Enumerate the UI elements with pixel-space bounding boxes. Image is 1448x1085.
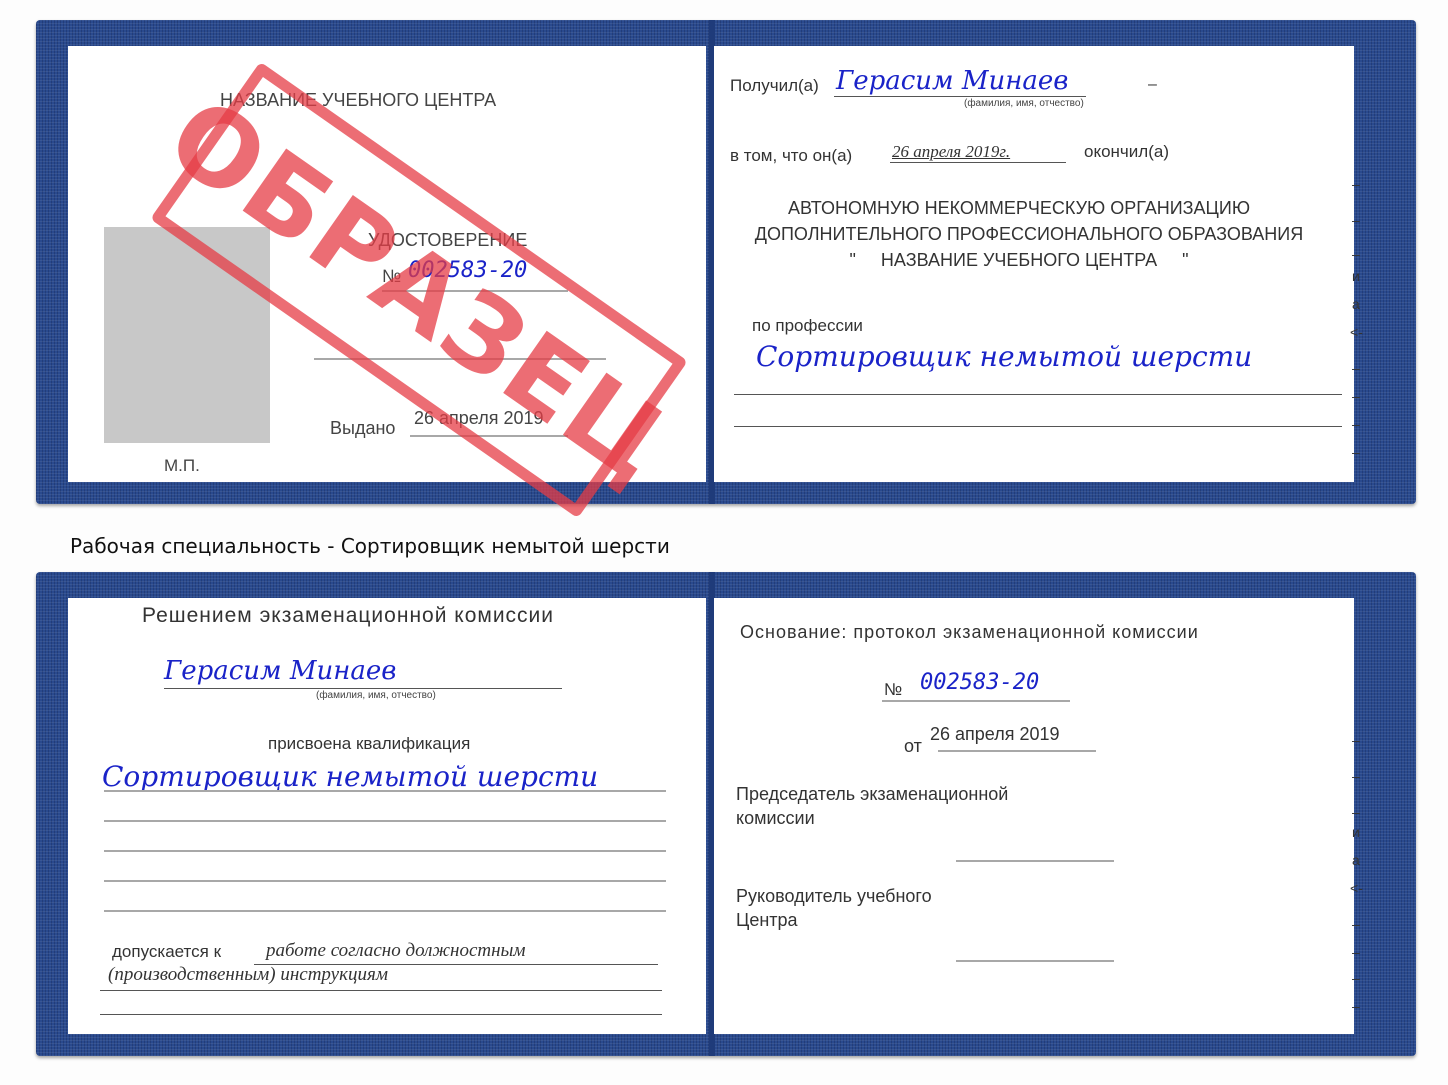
head-signature-line: [956, 960, 1114, 962]
blank-line: [104, 850, 666, 852]
left-page: НАЗВАНИЕ УЧЕБНОГО ЦЕНТРА УДОСТОВЕРЕНИЕ №…: [68, 46, 706, 482]
admitted-label: допускается к: [112, 942, 221, 962]
edge-mark: –: [1352, 176, 1360, 192]
blank-line: [104, 910, 666, 912]
dash: –: [1148, 76, 1157, 94]
name-underline: [834, 96, 1086, 97]
edge-mark: –: [1352, 768, 1360, 784]
edge-mark: а: [1352, 852, 1360, 868]
center-name: НАЗВАНИЕ УЧЕБНОГО ЦЕНТРА: [220, 90, 496, 111]
blank-line: [314, 358, 606, 360]
org-line-1: АВТОНОМНУЮ НЕКОММЕРЧЕСКУЮ ОРГАНИЗАЦИЮ: [714, 198, 1324, 219]
org-line-3: " НАЗВАНИЕ УЧЕБНОГО ЦЕНТРА ": [714, 250, 1324, 271]
received-label: Получил(а): [730, 76, 819, 96]
org-line-2: ДОПОЛНИТЕЛЬНОГО ПРОФЕССИОНАЛЬНОГО ОБРАЗО…: [714, 224, 1344, 245]
left-page: Решением экзаменационной комиссии Гераси…: [68, 598, 706, 1034]
specialty-caption: Рабочая специальность - Сортировщик немы…: [70, 534, 670, 558]
date-underline: [890, 162, 1066, 163]
edge-mark: –: [1352, 388, 1360, 404]
edge-mark: и: [1352, 268, 1360, 284]
edge-mark: а: [1352, 296, 1360, 312]
certificate-number: 002583-20: [408, 258, 527, 283]
number-underline: [882, 700, 1070, 702]
edge-mark: –: [1352, 970, 1360, 986]
certificate-booklet-front: НАЗВАНИЕ УЧЕБНОГО ЦЕНТРА УДОСТОВЕРЕНИЕ №…: [36, 20, 1416, 504]
blank-line: [104, 820, 666, 822]
right-page: Основание: протокол экзаменационной коми…: [714, 598, 1354, 1034]
doc-title: УДОСТОВЕРЕНИЕ: [368, 230, 527, 251]
profession-line-1: [734, 394, 1342, 395]
from-date: 26 апреля 2019: [930, 724, 1060, 745]
edge-mark: –: [1352, 416, 1360, 432]
edge-mark: –: [1352, 212, 1360, 228]
right-page: Получил(а) Герасим Минаев – (фамилия, им…: [714, 46, 1354, 482]
edge-mark: –: [1352, 360, 1360, 376]
admitted-line-2: (производственным) инструкциям: [108, 964, 388, 986]
that-label: в том, что он(а): [730, 146, 852, 166]
person-name: Герасим Минаев: [164, 656, 396, 686]
head-label-1: Руководитель учебного: [736, 886, 932, 907]
edge-mark: –: [1352, 998, 1360, 1014]
edge-mark: –: [1352, 916, 1360, 932]
finished-label: окончил(а): [1084, 142, 1169, 162]
admitted-underline-3: [100, 1014, 662, 1015]
stamp-place-label: М.П.: [164, 456, 200, 476]
issued-date: 26 апреля 2019: [414, 408, 544, 429]
edge-mark: –: [1352, 444, 1360, 460]
decision-title: Решением экзаменационной комиссии: [142, 604, 554, 628]
basis-label: Основание: протокол экзаменационной коми…: [740, 622, 1199, 643]
edge-mark: <-: [1350, 324, 1363, 340]
profession-value: Сортировщик немытой шерсти: [756, 340, 1252, 373]
number-underline: [382, 290, 568, 292]
name-underline: [164, 688, 562, 689]
qualification-value: Сортировщик немытой шерсти: [102, 760, 598, 793]
name-caption: (фамилия, имя, отчество): [964, 98, 1084, 109]
issued-label: Выдано: [330, 418, 395, 439]
photo-placeholder: [104, 227, 270, 443]
qualification-line: [104, 790, 666, 792]
edge-mark: –: [1352, 732, 1360, 748]
profession-line-2: [734, 426, 1342, 427]
blank-line: [104, 880, 666, 882]
chairman-label-2: комиссии: [736, 808, 815, 829]
from-label: от: [904, 736, 922, 757]
edge-mark: –: [1352, 246, 1360, 262]
protocol-number: 002583-20: [920, 670, 1039, 695]
profession-label: по профессии: [752, 316, 863, 336]
recipient-name: Герасим Минаев: [836, 66, 1068, 96]
edge-mark: и: [1352, 824, 1360, 840]
number-label: №: [382, 266, 401, 287]
that-date: 26 апреля 2019г.: [892, 142, 1010, 162]
edge-mark: <-: [1350, 880, 1363, 896]
edge-mark: –: [1352, 804, 1360, 820]
issued-underline: [410, 435, 568, 437]
date-underline: [938, 750, 1096, 752]
admitted-underline-2: [100, 990, 662, 991]
certificate-booklet-back: Решением экзаменационной комиссии Гераси…: [36, 572, 1416, 1056]
qualification-label: присвоена квалификация: [268, 734, 470, 754]
head-label-2: Центра: [736, 910, 798, 931]
number-label: №: [884, 680, 902, 700]
chairman-signature-line: [956, 860, 1114, 862]
chairman-label-1: Председатель экзаменационной: [736, 784, 1008, 805]
admitted-line-1: работе согласно должностным: [266, 940, 526, 962]
name-caption: (фамилия, имя, отчество): [316, 690, 436, 701]
edge-mark: –: [1352, 944, 1360, 960]
